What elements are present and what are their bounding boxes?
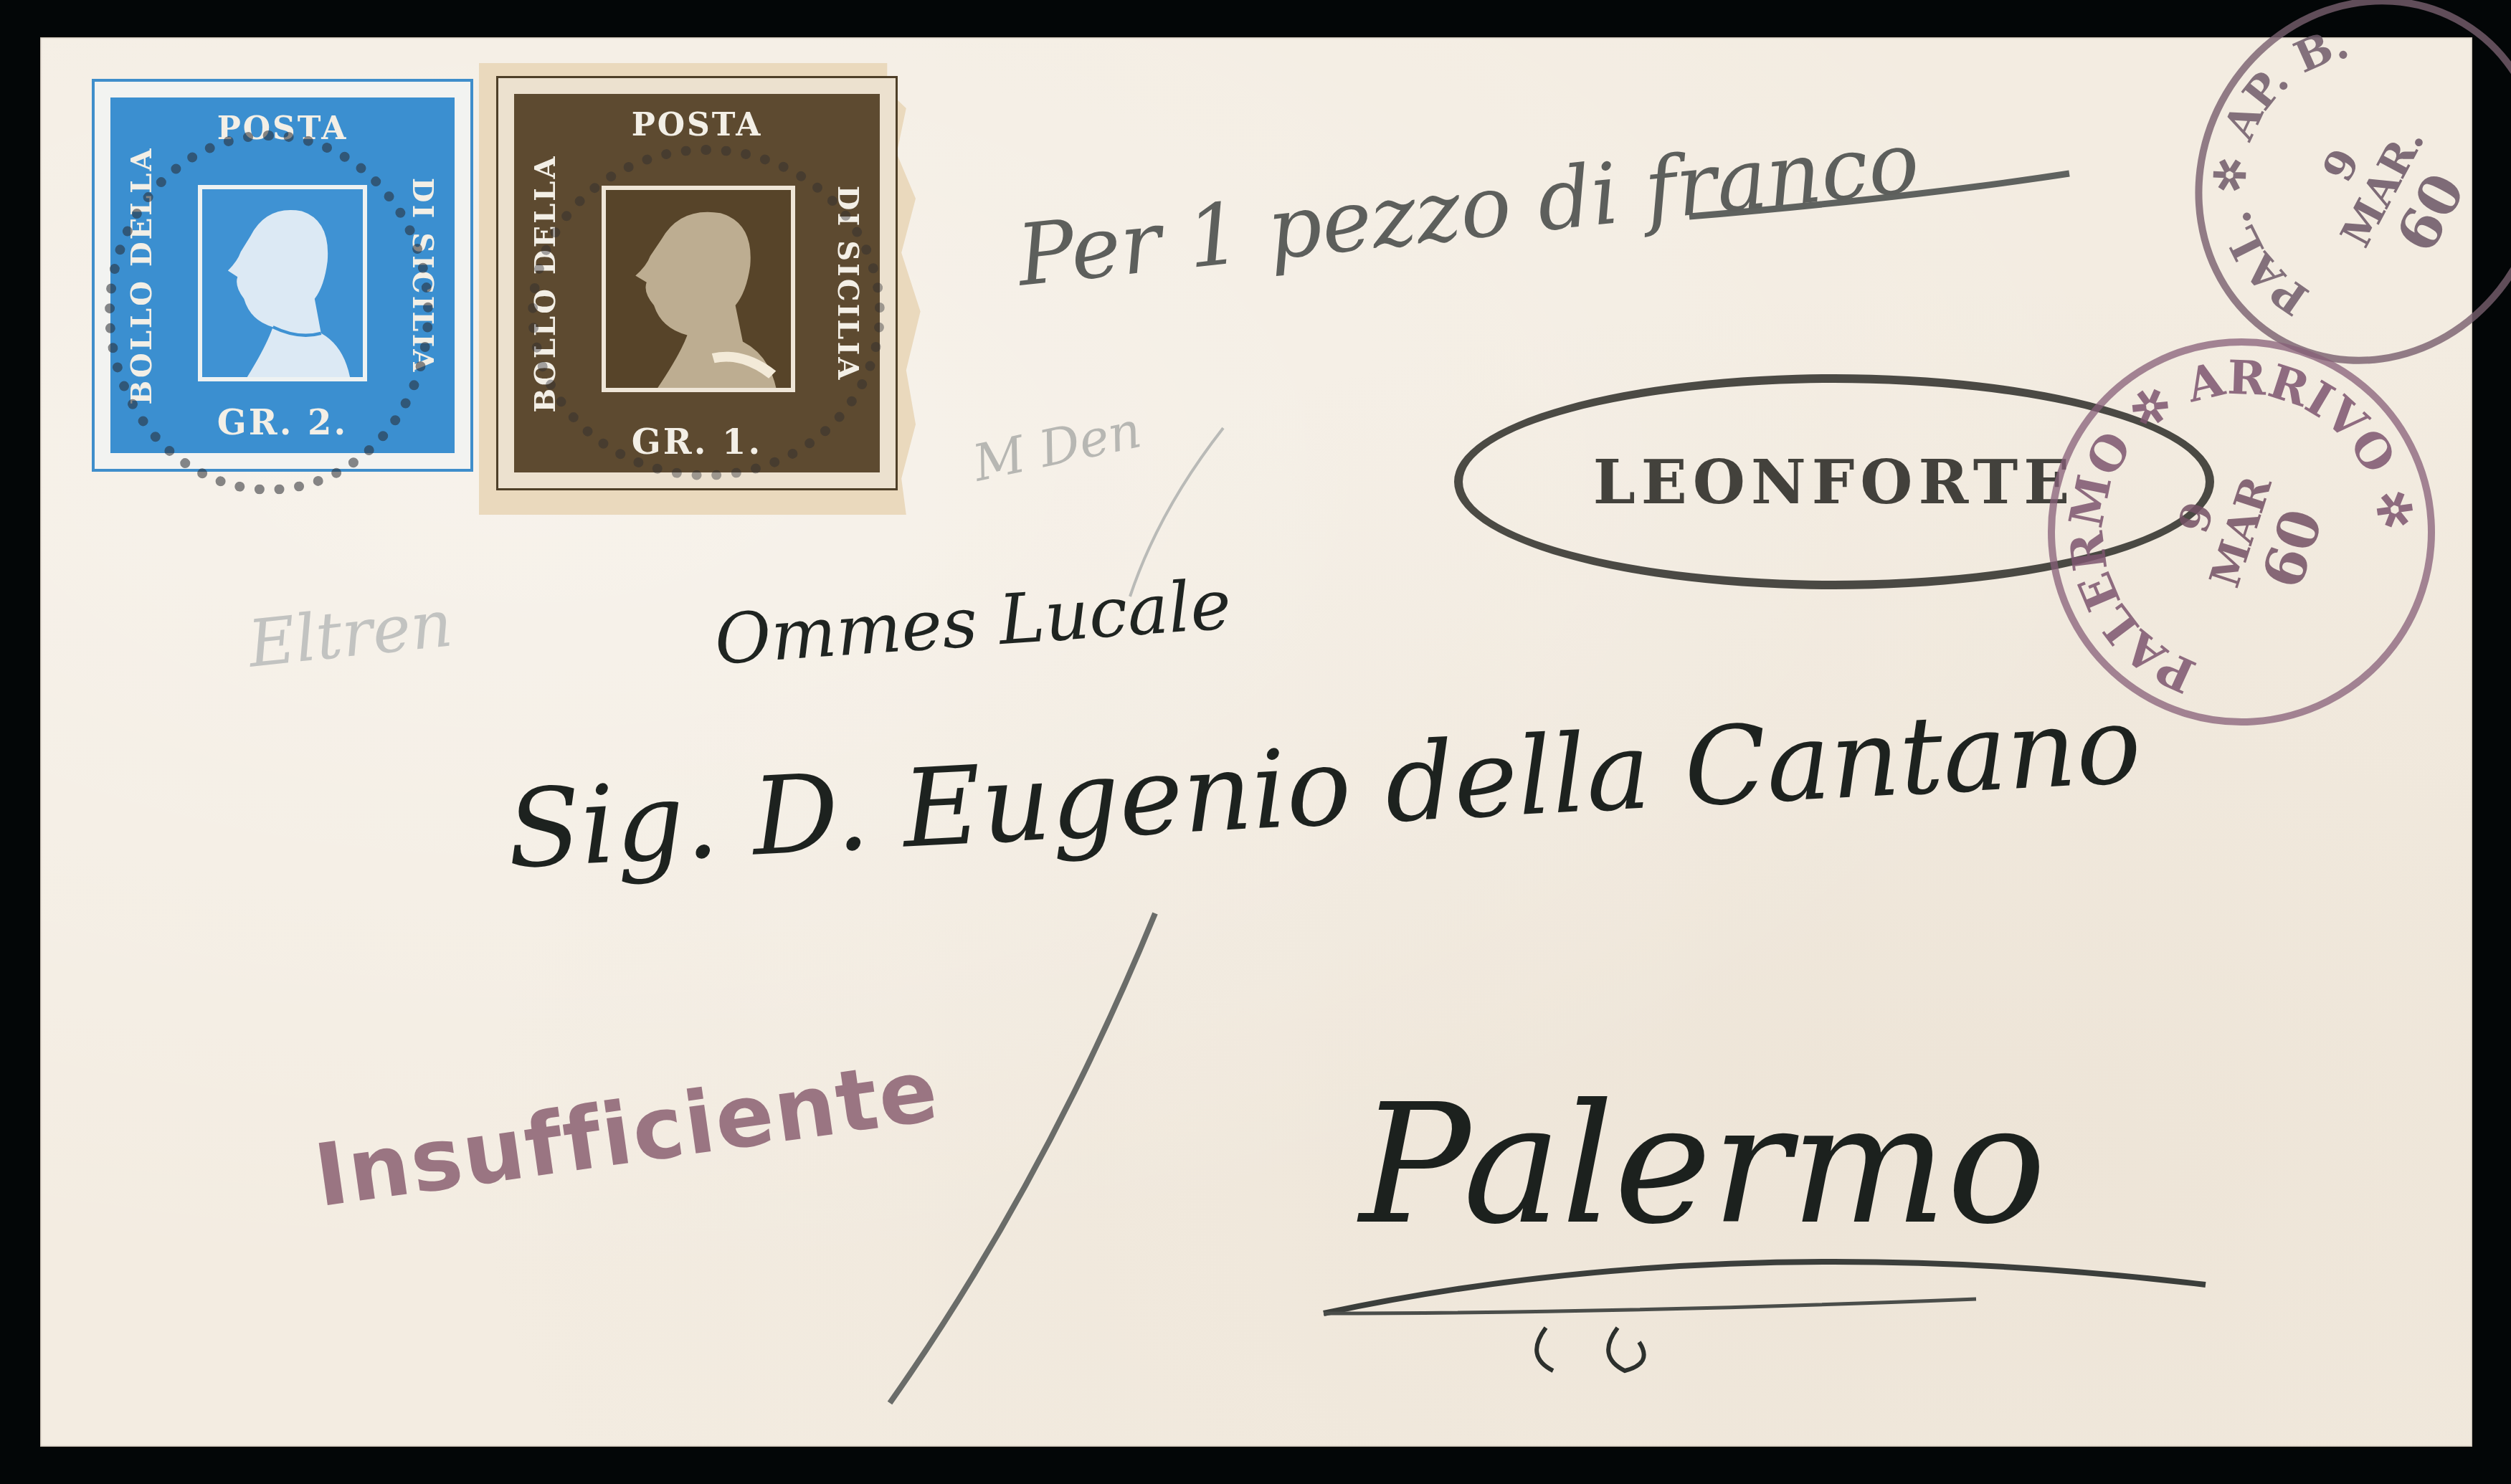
town-name: LEONFORTE xyxy=(1593,447,2076,518)
pencil-note: Eltren xyxy=(245,586,455,682)
stamp-top-text: POSTA xyxy=(514,107,880,143)
numeral-cancel xyxy=(105,130,433,495)
address-line-2: Sig. D. Eugenio della Cantano xyxy=(504,682,2144,893)
numeral-cancel xyxy=(528,145,885,480)
postal-cover: POSTA BOLLO DELLA DI SICILIA GR. 2. POST… xyxy=(40,37,2472,1447)
address-line-1: Ommes Lucale xyxy=(712,564,1234,680)
pencil-note: M Den xyxy=(968,400,1146,493)
franking-note: Per 1 pezzo di franco xyxy=(1012,112,1924,305)
address-city: Palermo xyxy=(1359,1070,2046,1261)
insufficient-postage-mark: Insufficiente xyxy=(309,1041,945,1227)
